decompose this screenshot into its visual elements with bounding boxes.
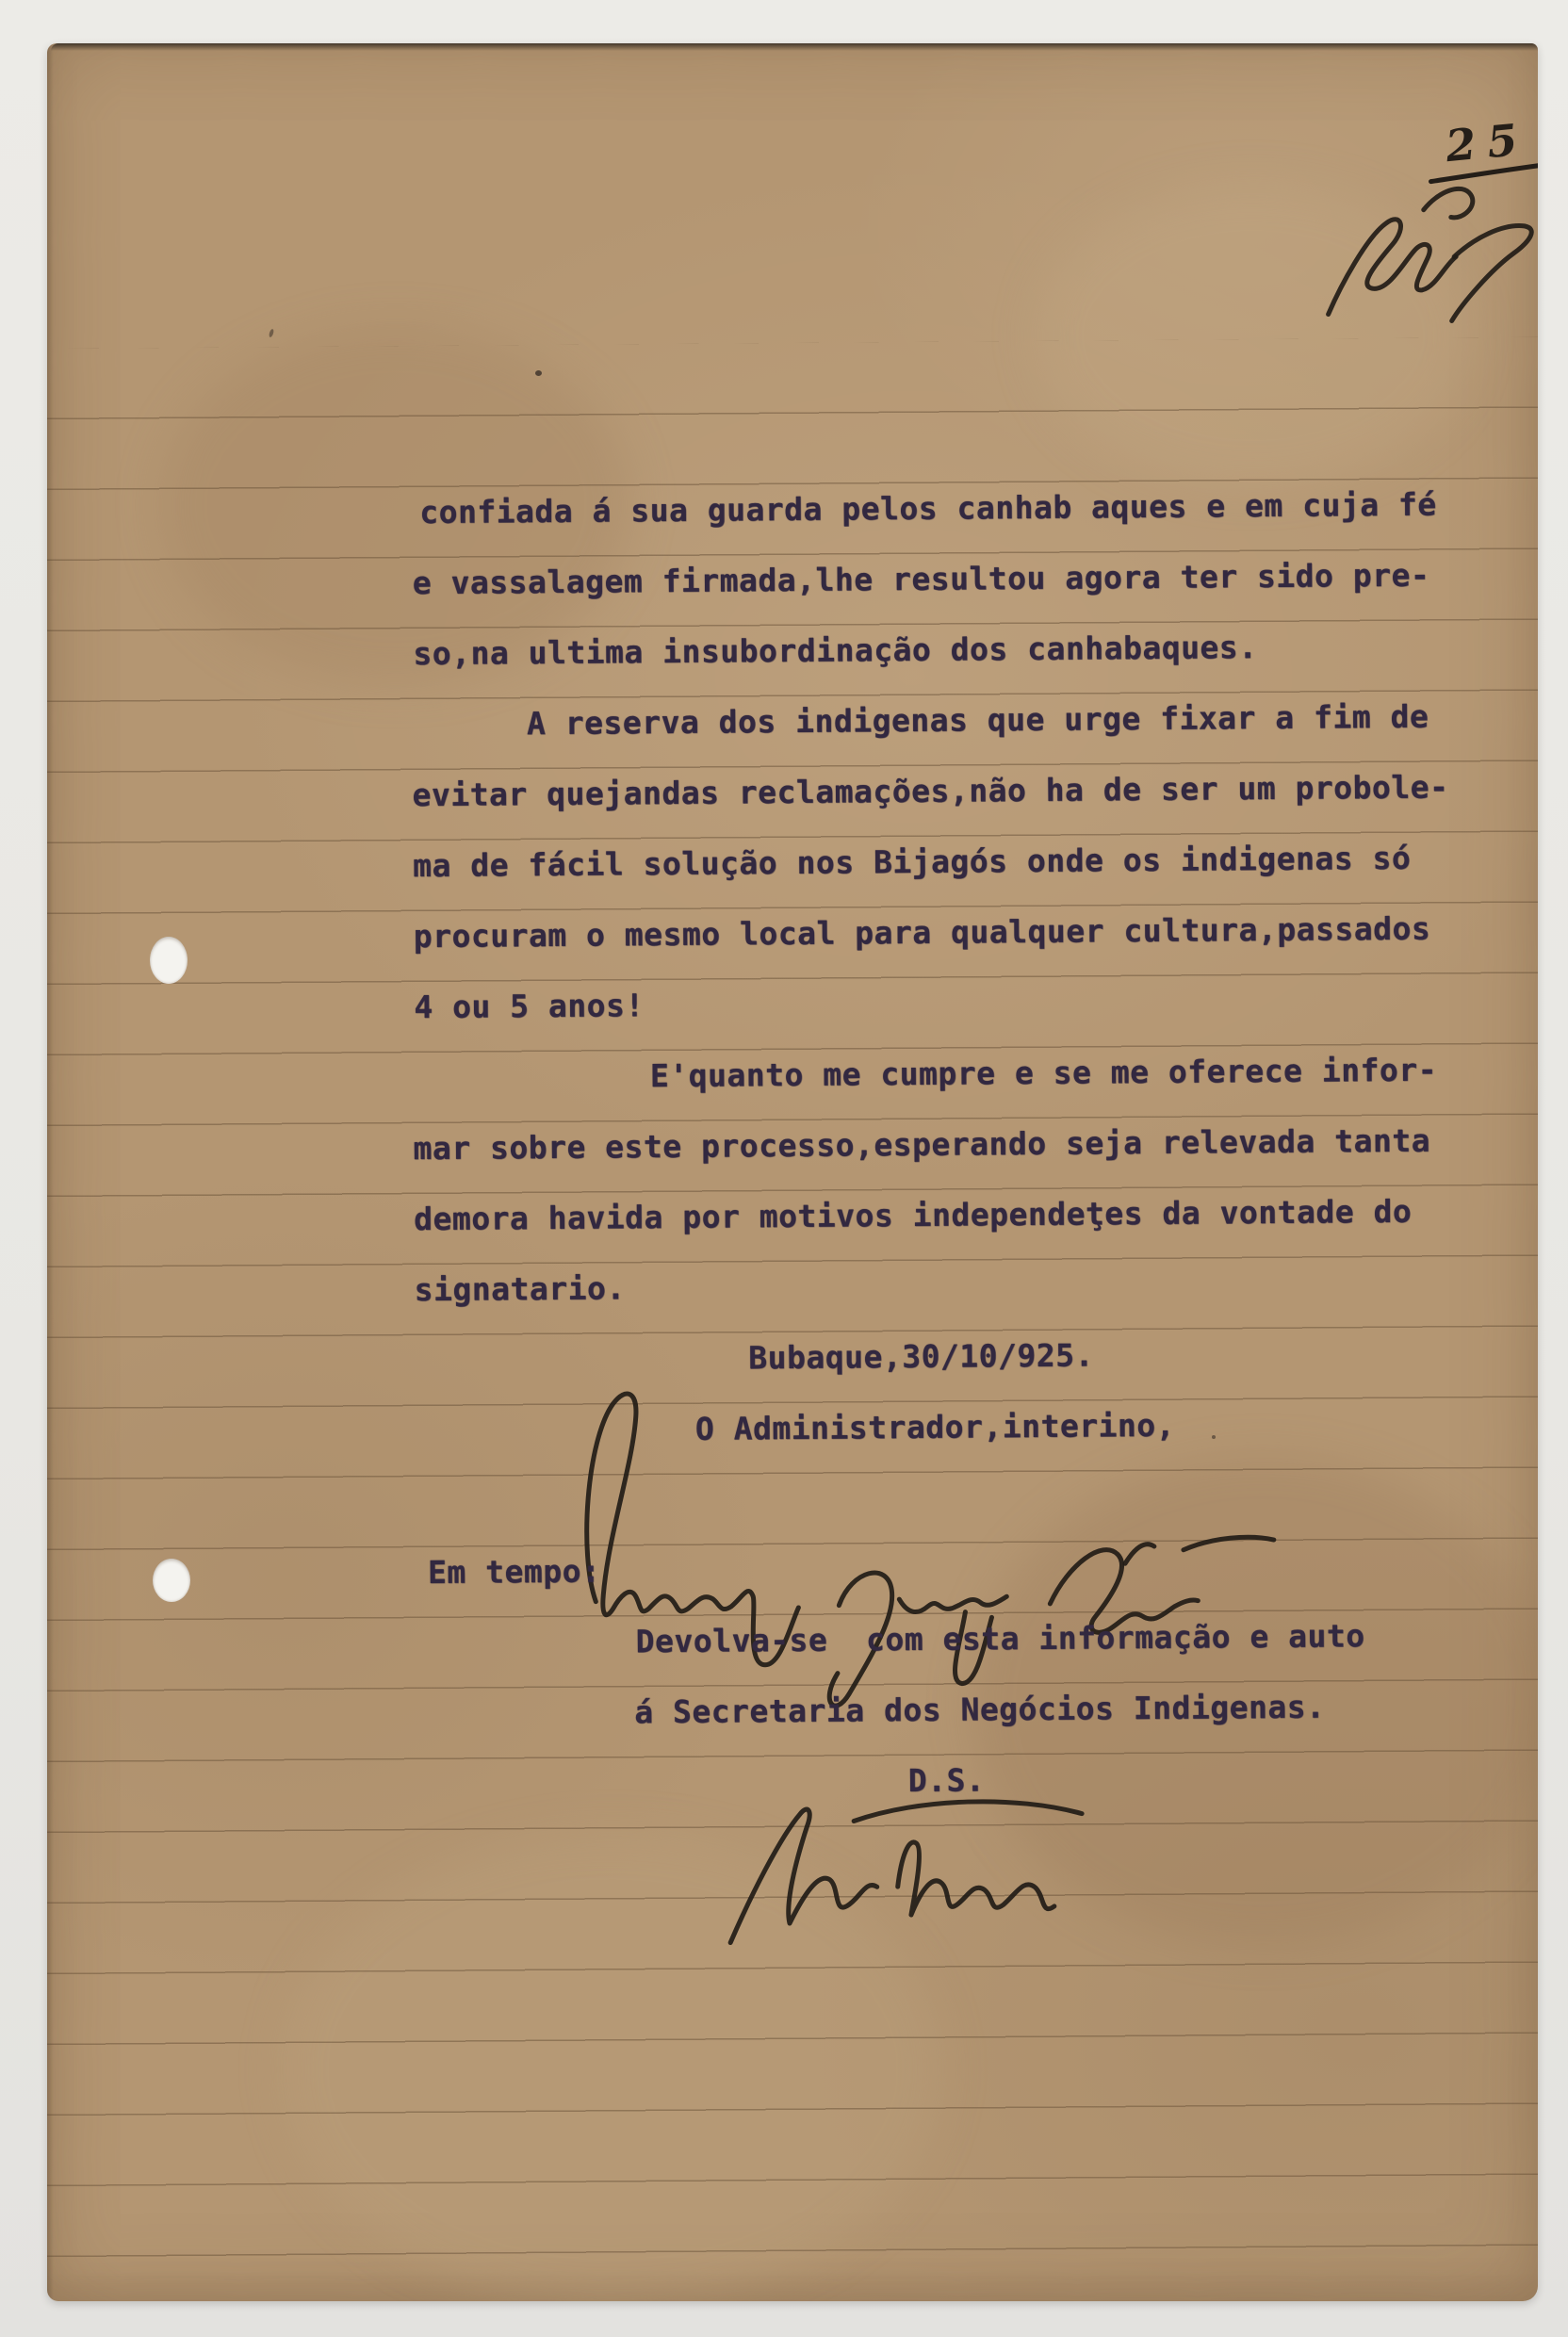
note-line-2: á Secretaria dos Negócios Indigenas.: [634, 1684, 1326, 1737]
ds-signature-handwritten: [712, 1779, 1128, 1961]
typed-line-11: demora havida por motivos independeţes d…: [414, 1188, 1412, 1243]
dateline: Bubaque,30/10/925.: [748, 1332, 1094, 1381]
typed-line-2: e vassalagem firmada,lhe resultou agora …: [413, 552, 1430, 607]
typed-line-12: signatario.: [415, 1265, 626, 1314]
document-page: 25 confiada á sua guarda pelos canhab aq…: [47, 43, 1538, 2301]
typed-line-3: so,na ultima insubordinação dos canhabaq…: [413, 624, 1258, 678]
scanner-background: 25 confiada á sua guarda pelos canhab aq…: [0, 0, 1568, 2337]
typed-line-4: A reserva dos indigenas que urge fixar a…: [527, 694, 1429, 748]
typed-line-10: mar sobre este processo,esperando seja r…: [413, 1118, 1430, 1172]
archivist-initials-handwritten: [1312, 170, 1538, 332]
typed-line-1: confiada á sua guarda pelos canhab aques…: [419, 482, 1437, 536]
typed-line-8: 4 ou 5 anos!: [414, 982, 645, 1031]
note-line-1: Devolva-se com esta informação e auto: [635, 1612, 1364, 1665]
typed-line-5: evitar quejandas reclamações,não ha de s…: [412, 764, 1448, 820]
typed-line-7: procuram o mesmo local para qualquer cul…: [414, 906, 1431, 960]
typed-line-9: E'quanto me cumpre e se me oferece infor…: [650, 1047, 1437, 1101]
em-tempo-label: Em tempo:: [428, 1548, 601, 1596]
typed-line-6: ma de fácil solução nos Bijagós onde os …: [413, 835, 1411, 890]
page-content: 25 confiada á sua guarda pelos canhab aq…: [47, 43, 1538, 2301]
